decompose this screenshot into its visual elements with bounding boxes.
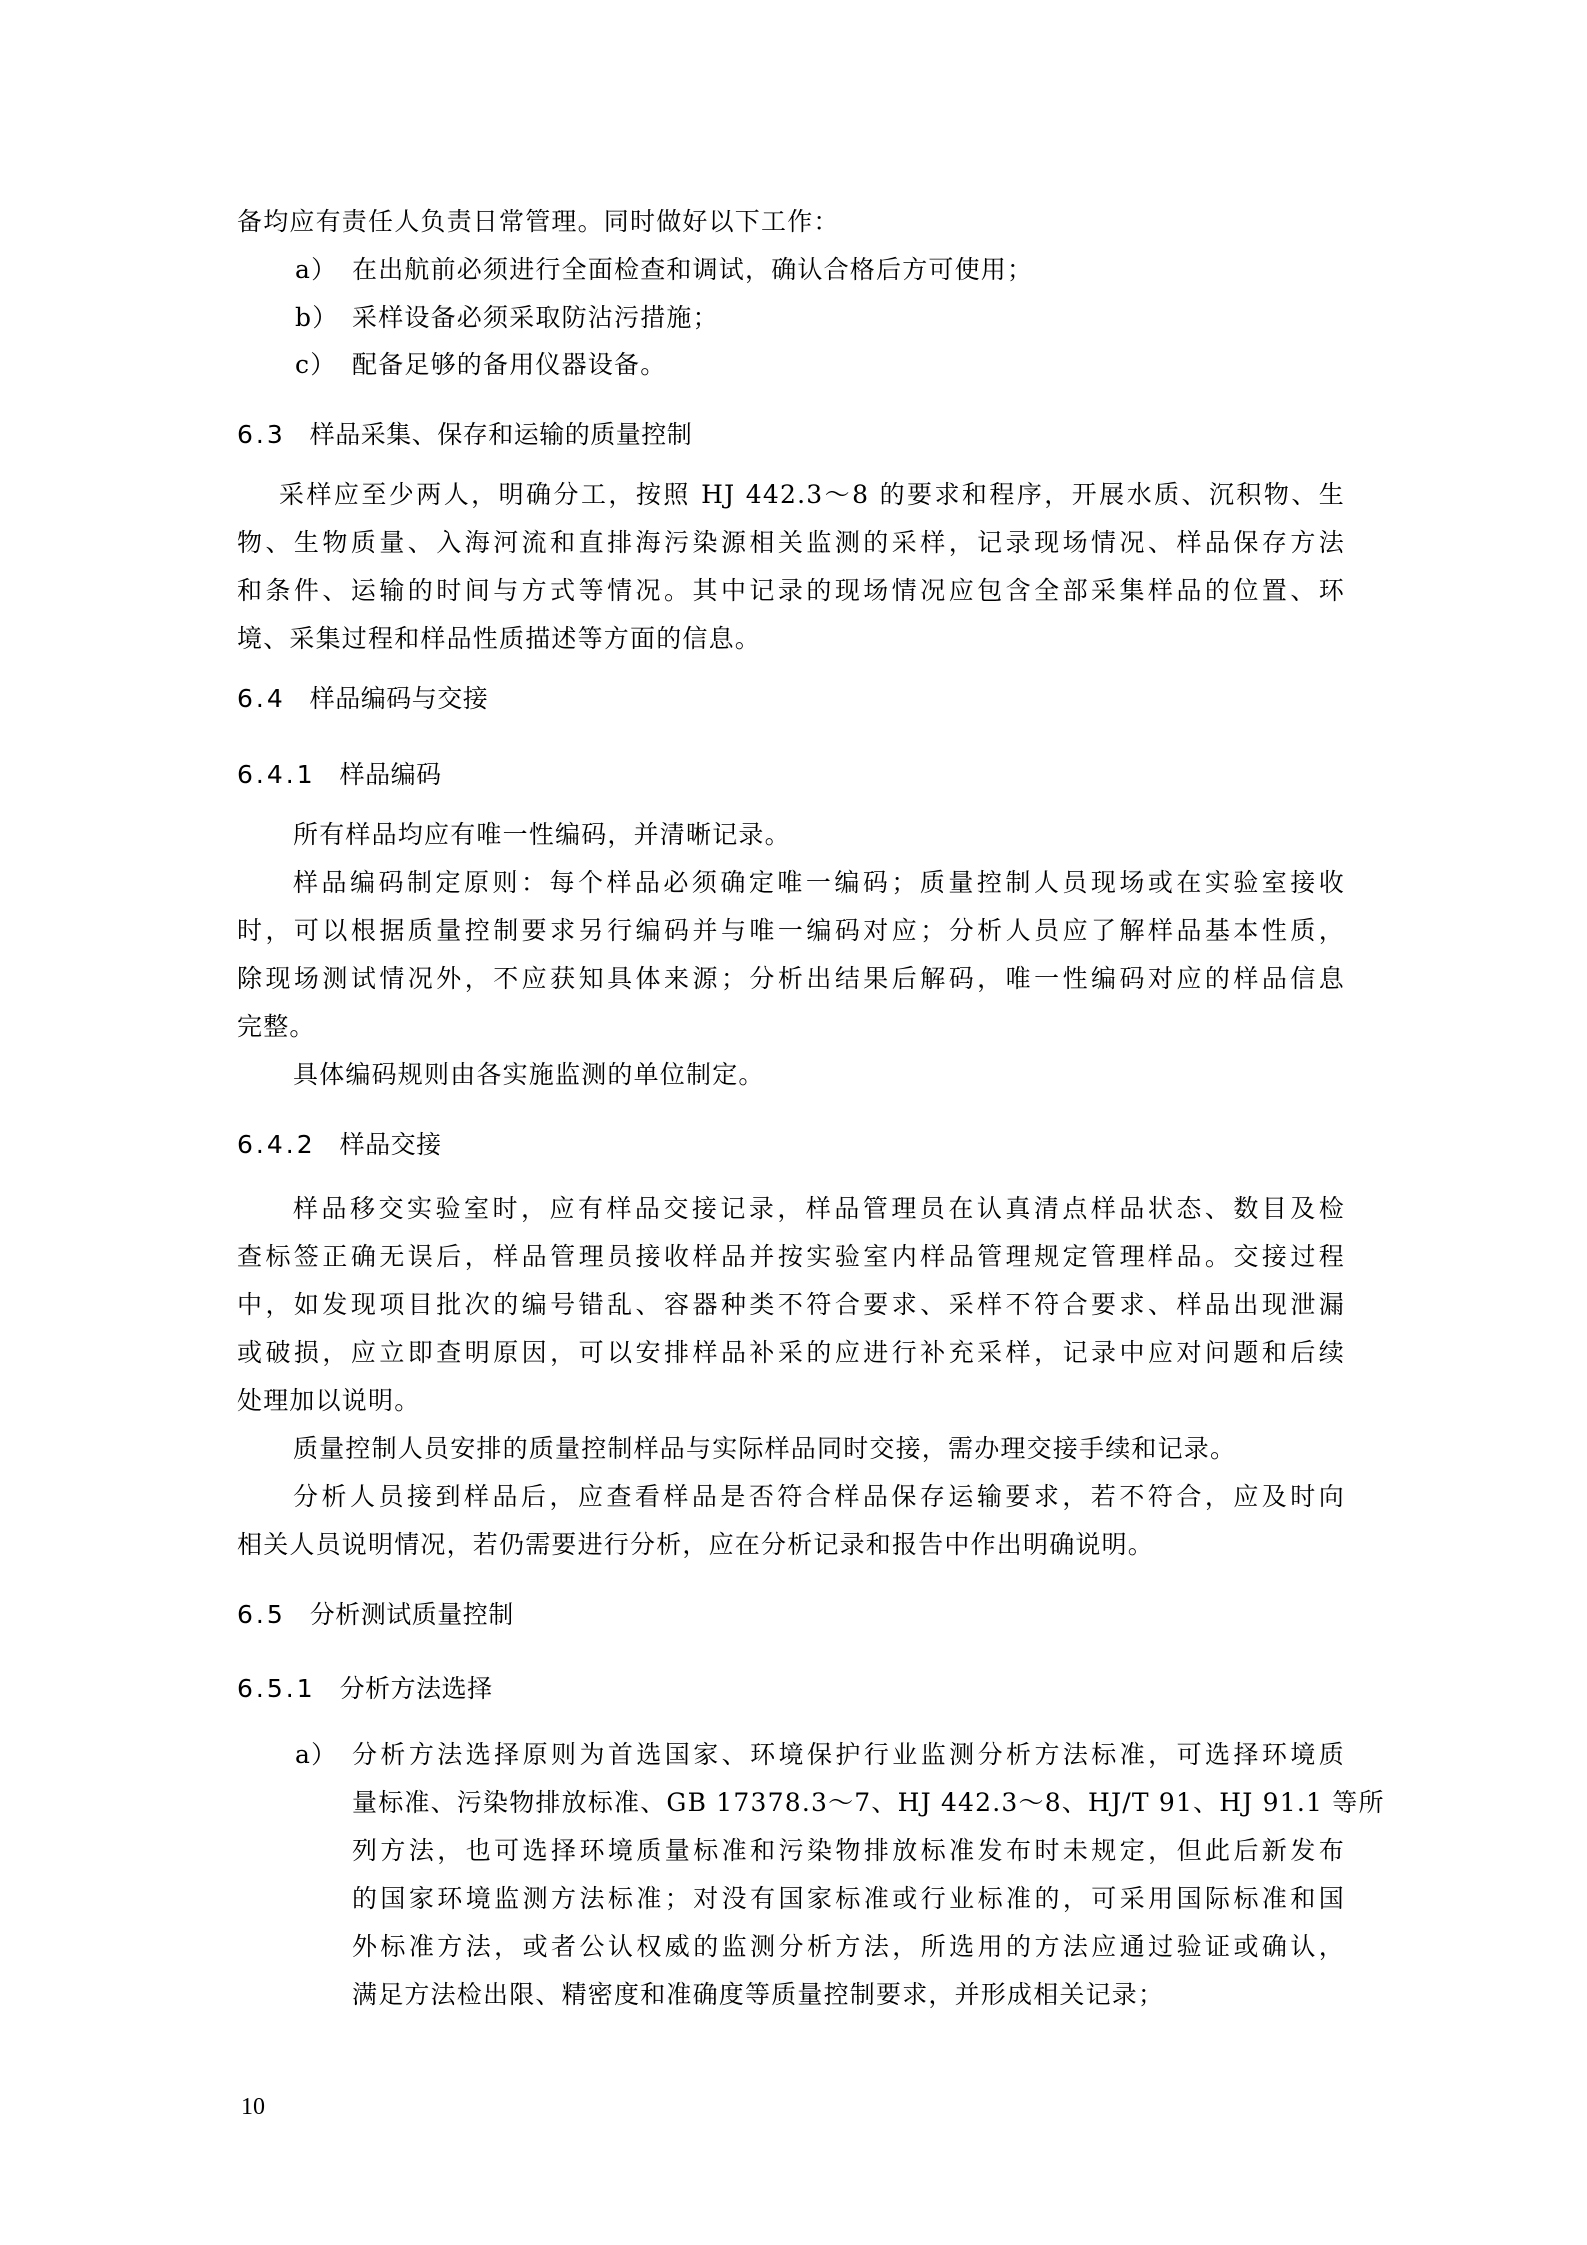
list-label: a） — [295, 1738, 337, 1772]
page-number: 10 — [241, 2094, 265, 2121]
heading-6-4-2: 6.4.2样品交接 — [237, 1128, 1345, 1162]
list-label: b） — [295, 301, 338, 335]
paragraph-line: 查标签正确无误后，样品管理员接收样品并按实验室内样品管理规定管理样品。交接过程 — [237, 1240, 1345, 1274]
list-text: 配备足够的备用仪器设备。 — [352, 348, 666, 382]
paragraph: 质量控制人员安排的质量控制样品与实际样品同时交接，需办理交接手续和记录。 — [237, 1432, 1345, 1466]
section-title: 样品交接 — [340, 1130, 442, 1159]
paragraph-line: 中，如发现项目批次的编号错乱、容器种类不符合要求、采样不符合要求、样品出现泄漏 — [237, 1288, 1345, 1322]
list-text-line: 分析方法选择原则为首选国家、环境保护行业监测分析方法标准，可选择环境质 — [352, 1738, 1345, 1772]
paragraph-line: 样品移交实验室时，应有样品交接记录，样品管理员在认真清点样品状态、数目及检 — [237, 1192, 1345, 1226]
paragraph-line: 时，可以根据质量控制要求另行编码并与唯一编码对应；分析人员应了解样品基本性质， — [237, 914, 1345, 948]
paragraph-line: 完整。 — [237, 1010, 1345, 1044]
paragraph-line: 和条件、运输的时间与方式等情况。其中记录的现场情况应包含全部采集样品的位置、环 — [237, 574, 1345, 608]
list-text-line: 外标准方法，或者公认权威的监测分析方法，所选用的方法应通过验证或确认， — [352, 1930, 1345, 1964]
heading-6-5: 6.5分析测试质量控制 — [237, 1598, 1345, 1632]
section-number: 6.3 — [237, 418, 286, 452]
section-number: 6.5.1 — [237, 1672, 316, 1706]
paragraph-line: 或破损，应立即查明原因，可以安排样品补采的应进行补充采样，记录中应对问题和后续 — [237, 1336, 1345, 1370]
section-title: 分析测试质量控制 — [310, 1600, 514, 1629]
list-text: 在出航前必须进行全面检查和调试，确认合格后方可使用； — [352, 253, 1033, 287]
section-number: 6.4.1 — [237, 758, 316, 792]
paragraph-line: 采样应至少两人，明确分工，按照 HJ 442.3～8 的要求和程序，开展水质、沉… — [237, 478, 1345, 512]
paragraph-line: 相关人员说明情况，若仍需要进行分析，应在分析记录和报告中作出明确说明。 — [237, 1528, 1345, 1562]
paragraph: 所有样品均应有唯一性编码，并清晰记录。 — [237, 818, 1345, 852]
paragraph-line: 处理加以说明。 — [237, 1384, 1345, 1418]
section-number: 6.4 — [237, 682, 286, 716]
section-number: 6.5 — [237, 1598, 286, 1632]
list-text-line: 量标准、污染物排放标准、GB 17378.3～7、HJ 442.3～8、HJ/T… — [352, 1786, 1345, 1820]
heading-6-4: 6.4样品编码与交接 — [237, 682, 1345, 716]
section-title: 样品采集、保存和运输的质量控制 — [310, 420, 693, 449]
list-label: a） — [295, 253, 337, 287]
list-label: c） — [295, 348, 336, 382]
paragraph-line: 境、采集过程和样品性质描述等方面的信息。 — [237, 622, 1345, 656]
paragraph-line: 样品编码制定原则：每个样品必须确定唯一编码；质量控制人员现场或在实验室接收 — [237, 866, 1345, 900]
heading-6-3: 6.3样品采集、保存和运输的质量控制 — [237, 418, 1345, 452]
section-title: 样品编码 — [340, 760, 442, 789]
list-text: 采样设备必须采取防沾污措施； — [352, 301, 719, 335]
intro-line: 备均应有责任人负责日常管理。同时做好以下工作： — [237, 205, 1345, 239]
heading-6-4-1: 6.4.1样品编码 — [237, 758, 1345, 792]
section-title: 分析方法选择 — [340, 1674, 493, 1703]
section-title: 样品编码与交接 — [310, 684, 489, 713]
list-text-line: 列方法，也可选择环境质量标准和污染物排放标准发布时未规定，但此后新发布 — [352, 1834, 1345, 1868]
heading-6-5-1: 6.5.1分析方法选择 — [237, 1672, 1345, 1706]
section-number: 6.4.2 — [237, 1128, 316, 1162]
paragraph: 具体编码规则由各实施监测的单位制定。 — [237, 1058, 1345, 1092]
paragraph-line: 分析人员接到样品后，应查看样品是否符合样品保存运输要求，若不符合，应及时向 — [237, 1480, 1345, 1514]
list-text-line: 的国家环境监测方法标准；对没有国家标准或行业标准的，可采用国际标准和国 — [352, 1882, 1345, 1916]
list-text-line: 满足方法检出限、精密度和准确度等质量控制要求，并形成相关记录； — [352, 1978, 1345, 2012]
paragraph-line: 物、生物质量、入海河流和直排海污染源相关监测的采样，记录现场情况、样品保存方法 — [237, 526, 1345, 560]
paragraph-line: 除现场测试情况外，不应获知具体来源；分析出结果后解码，唯一性编码对应的样品信息 — [237, 962, 1345, 996]
